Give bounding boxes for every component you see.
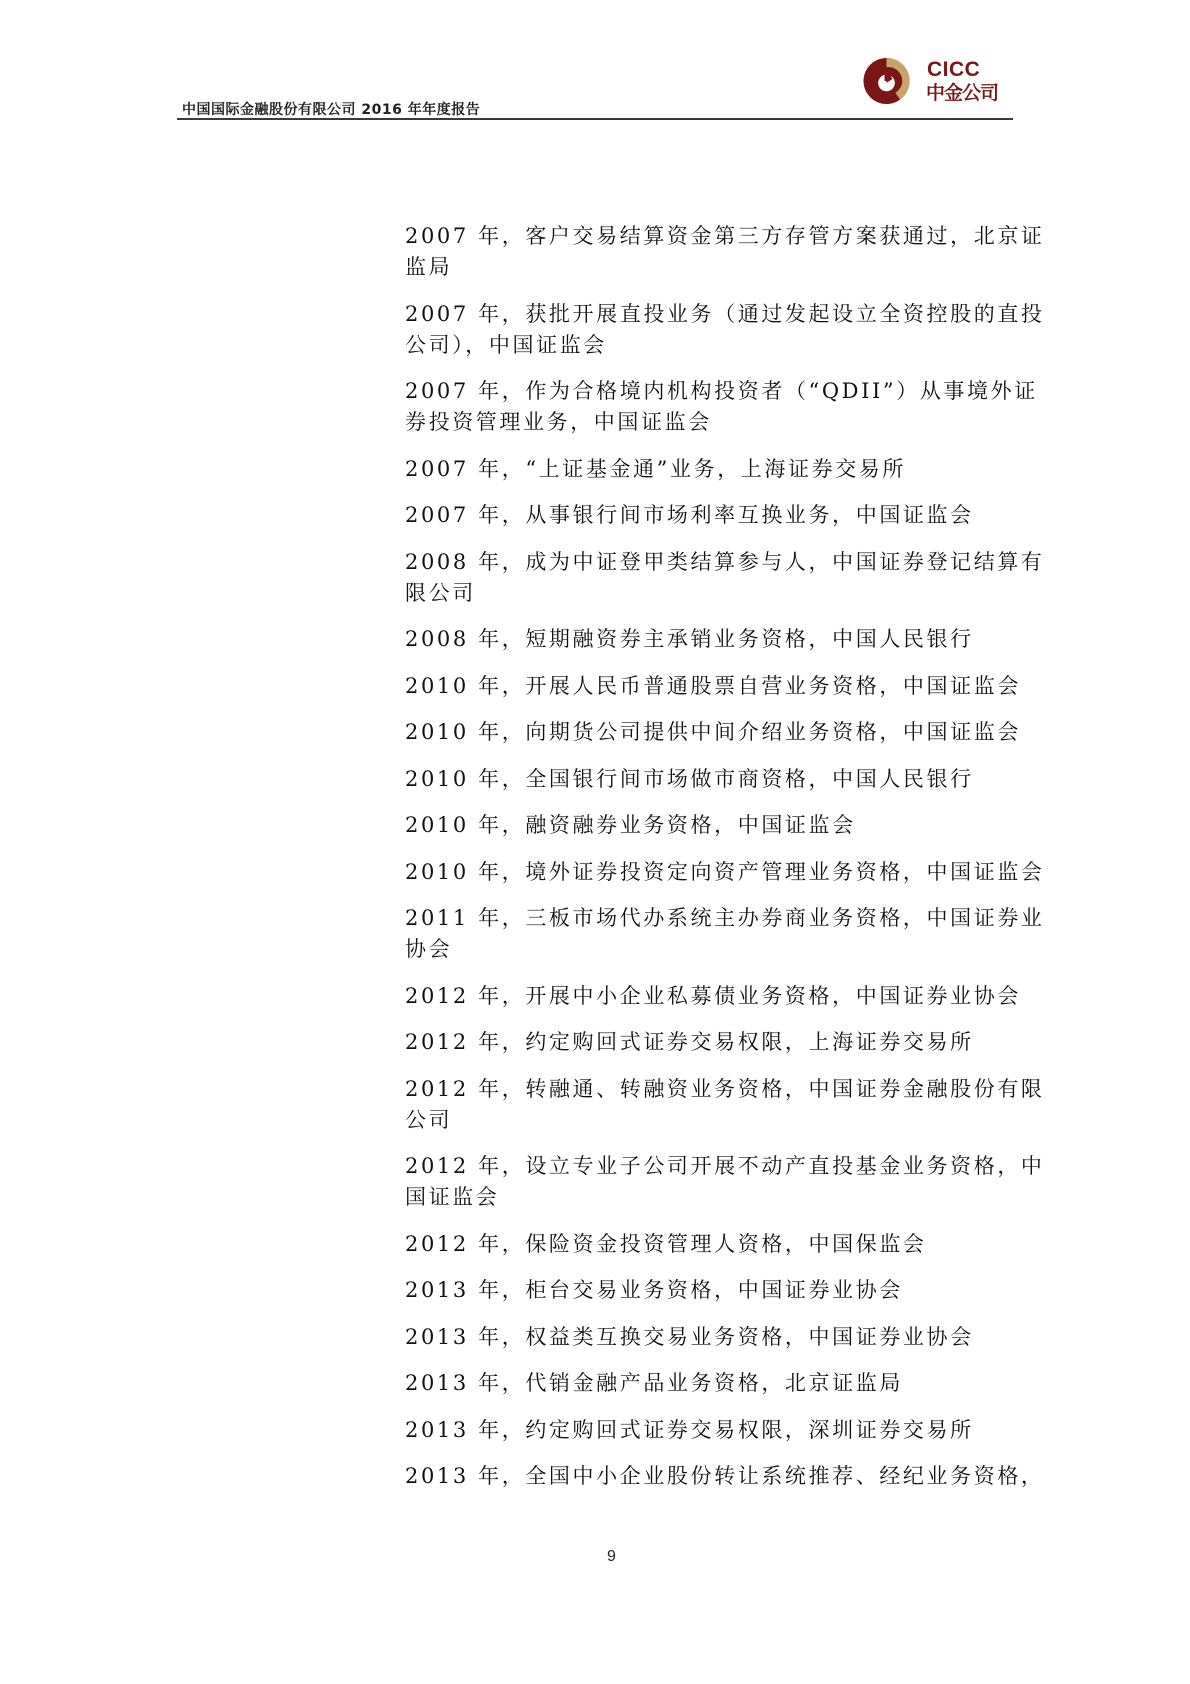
paragraph-line: 券投资管理业务，中国证监会 (405, 407, 1030, 438)
list-item: 2013 年，代销金融产品业务资格，北京证监局 (405, 1368, 1030, 1399)
list-item: 2012 年，开展中小企业私募债业务资格，中国证券业协会 (405, 981, 1030, 1012)
paragraph-line: 公司），中国证监会 (405, 330, 1030, 361)
paragraph-line: 2010 年，全国银行间市场做市商资格，中国人民银行 (405, 764, 1030, 795)
paragraph-line: 2010 年，开展人民币普通股票自营业务资格，中国证监会 (405, 671, 1030, 702)
paragraph-line: 2013 年，权益类互换交易业务资格，中国证券业协会 (405, 1322, 1030, 1353)
paragraph-line: 2013 年，柜台交易业务资格，中国证券业协会 (405, 1275, 1030, 1306)
paragraph-line: 2008 年，短期融资券主承销业务资格，中国人民银行 (405, 624, 1030, 655)
paragraph-line: 2012 年，保险资金投资管理人资格，中国保监会 (405, 1229, 1030, 1260)
page-number: 9 (0, 1548, 1190, 1566)
paragraph-line: 国证监会 (405, 1182, 1030, 1213)
paragraph-line: 2012 年，开展中小企业私募债业务资格，中国证券业协会 (405, 981, 1030, 1012)
paragraph-line: 协会 (405, 934, 1030, 965)
paragraph-line: 2012 年，转融通、转融资业务资格，中国证券金融股份有限 (405, 1074, 1030, 1105)
list-item: 2012 年，转融通、转融资业务资格，中国证券金融股份有限公司 (405, 1074, 1030, 1136)
list-item: 2010 年，全国银行间市场做市商资格，中国人民银行 (405, 764, 1030, 795)
paragraph-line: 2012 年，设立专业子公司开展不动产直投基金业务资格，中 (405, 1151, 1030, 1182)
cicc-logo-icon (863, 57, 910, 105)
paragraph-line: 2007 年，作为合格境内机构投资者（“QDII”）从事境外证 (405, 376, 1030, 407)
qualifications-list: 2007 年，客户交易结算资金第三方存管方案获通过，北京证监局 2007 年，获… (405, 221, 1030, 1508)
report-header-title: 中国国际金融股份有限公司 2016 年年度报告 (182, 99, 480, 119)
list-item: 2007 年，作为合格境内机构投资者（“QDII”）从事境外证券投资管理业务，中… (405, 376, 1030, 438)
list-item: 2007 年，客户交易结算资金第三方存管方案获通过，北京证监局 (405, 221, 1030, 283)
paragraph-line: 2013 年，代销金融产品业务资格，北京证监局 (405, 1368, 1030, 1399)
paragraph-line: 2007 年，从事银行间市场利率互换业务，中国证监会 (405, 500, 1030, 531)
paragraph-line: 2013 年，全国中小企业股份转让系统推荐、经纪业务资格， (405, 1461, 1030, 1492)
header-divider (177, 118, 1013, 120)
paragraph-line: 2010 年，境外证券投资定向资产管理业务资格，中国证监会 (405, 857, 1030, 888)
list-item: 2007 年，“上证基金通”业务，上海证券交易所 (405, 454, 1030, 485)
list-item: 2013 年，全国中小企业股份转让系统推荐、经纪业务资格， (405, 1461, 1030, 1492)
list-item: 2013 年，权益类互换交易业务资格，中国证券业协会 (405, 1322, 1030, 1353)
list-item: 2010 年，开展人民币普通股票自营业务资格，中国证监会 (405, 671, 1030, 702)
paragraph-line: 2012 年，约定购回式证券交易权限，上海证券交易所 (405, 1027, 1030, 1058)
paragraph-line: 监局 (405, 252, 1030, 283)
paragraph-line: 2011 年，三板市场代办系统主办券商业务资格，中国证券业 (405, 903, 1030, 934)
list-item: 2007 年，获批开展直投业务（通过发起设立全资控股的直投公司），中国证监会 (405, 299, 1030, 361)
paragraph-line: 2010 年，向期货公司提供中间介绍业务资格，中国证监会 (405, 717, 1030, 748)
paragraph-line: 限公司 (405, 578, 1030, 609)
list-item: 2012 年，设立专业子公司开展不动产直投基金业务资格，中国证监会 (405, 1151, 1030, 1213)
list-item: 2007 年，从事银行间市场利率互换业务，中国证监会 (405, 500, 1030, 531)
paragraph-line: 2008 年，成为中证登甲类结算参与人，中国证券登记结算有 (405, 547, 1030, 578)
paragraph-line: 2013 年，约定购回式证券交易权限，深圳证券交易所 (405, 1415, 1030, 1446)
list-item: 2008 年，短期融资券主承销业务资格，中国人民银行 (405, 624, 1030, 655)
paragraph-line: 公司 (405, 1105, 1030, 1136)
list-item: 2010 年，融资融券业务资格，中国证监会 (405, 810, 1030, 841)
paragraph-line: 2007 年，获批开展直投业务（通过发起设立全资控股的直投 (405, 299, 1030, 330)
list-item: 2011 年，三板市场代办系统主办券商业务资格，中国证券业协会 (405, 903, 1030, 965)
cicc-logo: CICC 中金公司 (863, 57, 1013, 107)
list-item: 2013 年，约定购回式证券交易权限，深圳证券交易所 (405, 1415, 1030, 1446)
logo-text-cn: 中金公司 (926, 82, 998, 104)
paragraph-line: 2007 年，客户交易结算资金第三方存管方案获通过，北京证 (405, 221, 1030, 252)
paragraph-line: 2010 年，融资融券业务资格，中国证监会 (405, 810, 1030, 841)
list-item: 2012 年，约定购回式证券交易权限，上海证券交易所 (405, 1027, 1030, 1058)
paragraph-line: 2007 年，“上证基金通”业务，上海证券交易所 (405, 454, 1030, 485)
list-item: 2013 年，柜台交易业务资格，中国证券业协会 (405, 1275, 1030, 1306)
list-item: 2008 年，成为中证登甲类结算参与人，中国证券登记结算有限公司 (405, 547, 1030, 609)
list-item: 2012 年，保险资金投资管理人资格，中国保监会 (405, 1229, 1030, 1260)
list-item: 2010 年，向期货公司提供中间介绍业务资格，中国证监会 (405, 717, 1030, 748)
logo-text-en: CICC (927, 60, 980, 80)
list-item: 2010 年，境外证券投资定向资产管理业务资格，中国证监会 (405, 857, 1030, 888)
